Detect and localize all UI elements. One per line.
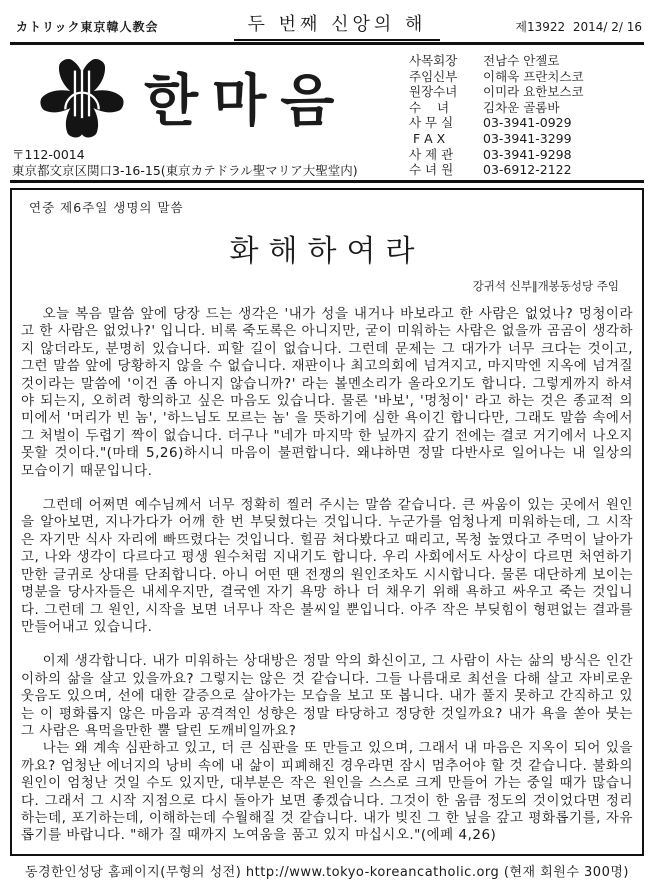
article-box: 연중 제6주일 생명의 말씀 화해하여라 강귀석 신부∥개봉동성당 주임 오늘 … [10, 188, 644, 856]
contact-label: 사 무 실 [409, 115, 483, 131]
footer-homepage-line: 동경한인성당 홈페이지(무형의 성전) http://www.tokyo-kor… [10, 856, 644, 882]
newsletter-title: 한마음 [144, 57, 348, 137]
year-of-faith-title: 두 번째 신앙의 해 [234, 10, 441, 41]
staff-name: 전남수 안젤로 [483, 53, 559, 69]
masthead-left: 한마음 〒112-0014 東京都文京区関口3-16-15(東京カテドラル聖マリ… [10, 51, 409, 179]
church-flower-logo-icon [38, 51, 126, 143]
issue-number-date: 제13922 2014/ 2/ 16 [515, 18, 642, 41]
staff-directory: 사목회장전남수 안젤로 주임신부이해욱 프란치스코 원장수녀이미라 요한보스코 … [409, 51, 644, 179]
article-paragraph: 오늘 복음 말씀 앞에 당장 드는 생각은 '내가 성을 내거나 바보라고 한 … [21, 306, 633, 480]
section-label: 연중 제6주일 생명의 말씀 [29, 198, 633, 216]
article-paragraph: 그런데 어쩌면 예수님께서 너무 정확히 찔러 주시는 말씀 같습니다. 큰 싸… [21, 497, 633, 636]
street-address: 東京都文京区関口3-16-15(東京カテドラル聖マリア大聖堂内) [12, 163, 409, 179]
article-title: 화해하여라 [21, 226, 633, 270]
staff-role: 주임신부 [409, 69, 483, 85]
masthead-divider [10, 180, 644, 183]
article-body: 오늘 복음 말씀 앞에 당장 드는 생각은 '내가 성을 내거나 바보라고 한 … [21, 306, 633, 845]
article-paragraph: 나는 왜 계속 심판하고 있고, 더 큰 심판을 또 만들고 있으며, 그래서 … [21, 740, 633, 844]
staff-role: 사목회장 [409, 53, 483, 69]
staff-name: 김차운 골롬바 [483, 100, 559, 116]
contact-label: 사 제 관 [409, 147, 483, 163]
staff-row: 주임신부이해욱 프란치스코 [409, 69, 644, 85]
top-header: カトリック東京韓人教会 두 번째 신앙의 해 제13922 2014/ 2/ 1… [10, 8, 644, 41]
newsletter-page: カトリック東京韓人教会 두 번째 신앙의 해 제13922 2014/ 2/ 1… [0, 0, 654, 888]
phone-number: 03-3941-3299 [483, 131, 572, 147]
article-paragraph: 이제 생각합니다. 내가 미워하는 상대방은 정말 악의 화신이고, 그 사람이… [21, 653, 633, 740]
staff-row: 원장수녀이미라 요한보스코 [409, 84, 644, 100]
staff-row: 사목회장전남수 안젤로 [409, 53, 644, 69]
contact-label: F A X [409, 131, 483, 147]
organization-name: カトリック東京韓人教会 [16, 18, 159, 41]
staff-row: 사 제 관03-3941-9298 [409, 147, 644, 163]
staff-name: 이미라 요한보스코 [483, 84, 584, 100]
contact-label: 수 녀 원 [409, 162, 483, 178]
staff-name: 이해욱 프란치스코 [483, 69, 584, 85]
staff-row: F A X03-3941-3299 [409, 131, 644, 147]
staff-role: 수 녀 [409, 100, 483, 116]
address-block: 〒112-0014 東京都文京区関口3-16-15(東京カテドラル聖マリア大聖堂… [12, 147, 409, 179]
staff-row: 사 무 실03-3941-0929 [409, 115, 644, 131]
phone-number: 03-3941-0929 [483, 115, 572, 131]
staff-role: 원장수녀 [409, 84, 483, 100]
article-byline: 강귀석 신부∥개봉동성당 주임 [21, 278, 619, 294]
phone-number: 03-3941-9298 [483, 147, 572, 163]
staff-row: 수 녀 원03-6912-2122 [409, 162, 644, 178]
postal-code: 〒112-0014 [12, 147, 409, 163]
masthead: 한마음 〒112-0014 東京都文京区関口3-16-15(東京カテドラル聖マリ… [10, 45, 644, 179]
staff-row: 수 녀김차운 골롬바 [409, 100, 644, 116]
phone-number: 03-6912-2122 [483, 162, 572, 178]
